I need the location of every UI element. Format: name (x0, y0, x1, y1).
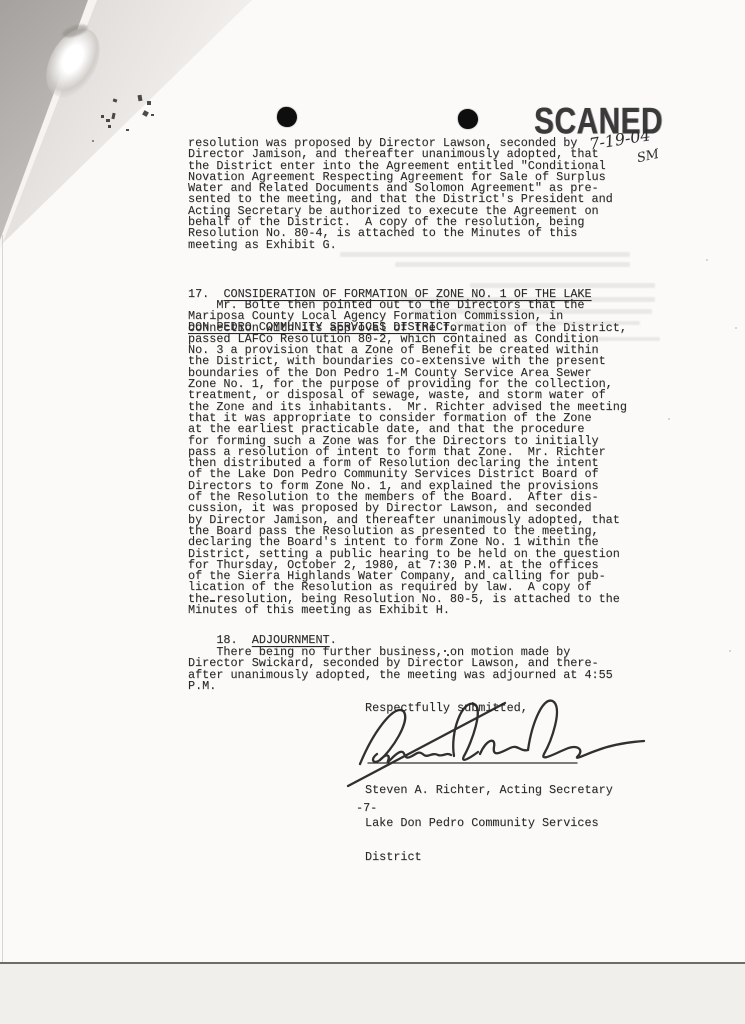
page-number: -7- (356, 803, 377, 814)
hole-punch-dot-left (276, 106, 299, 129)
paper-fleck (735, 327, 737, 329)
hole-punch-dot-right (457, 108, 479, 130)
signatory-name: Steven A. Richter, Acting Secretary (365, 785, 613, 796)
organization-line1: Lake Don Pedro Community Services (365, 818, 613, 829)
paragraph-zone-formation: Mr. Bolte then pointed out to the Direct… (188, 300, 627, 616)
signature-block: Steven A. Richter, Acting Secretary Lake… (365, 762, 613, 886)
page-edge-line (2, 235, 3, 962)
handwritten-initials: SM (636, 147, 661, 166)
scanned-document-page: SCANED 7-19-04 SM resolution was propose… (0, 0, 745, 1024)
paper-fleck (729, 650, 731, 652)
paper-fleck (668, 418, 670, 420)
scan-bottom-edge (0, 962, 745, 1024)
paragraph-adjournment: There being no further business, on moti… (188, 647, 613, 692)
paper-fleck (706, 259, 708, 261)
paragraph-resolution-80-4: resolution was proposed by Director Laws… (188, 138, 613, 251)
organization-line2: District (365, 852, 613, 863)
